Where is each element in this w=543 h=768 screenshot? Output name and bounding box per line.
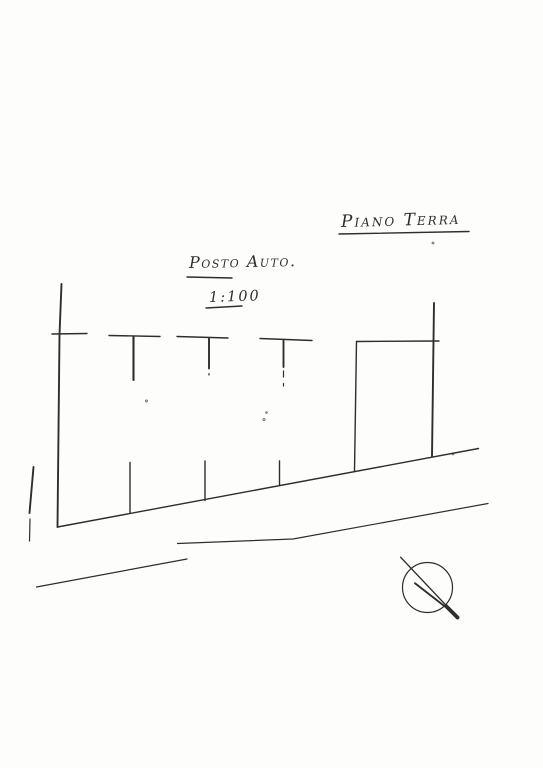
plan-drawing [0, 0, 543, 768]
area-title-label: Posto Auto. [189, 251, 297, 272]
floor-title-text: Piano Terra [341, 209, 461, 232]
scale-label: 1:100 [209, 288, 261, 306]
floor-title-label: Piano Terra [341, 209, 461, 232]
parking-lot-outline [58, 284, 479, 527]
parking-boundary-dashes [52, 334, 312, 341]
building-box [355, 303, 440, 472]
scan-speckles [146, 242, 454, 455]
scanned-plan-page: Piano Terra Posto Auto. 1:100 [0, 0, 543, 768]
road-lines [37, 504, 489, 588]
left-boundary-marks [30, 467, 34, 541]
scale-text: 1:100 [209, 288, 261, 306]
north-arrow-icon [401, 557, 459, 618]
area-title-text: Posto Auto. [189, 251, 297, 272]
parking-dividers [130, 337, 284, 514]
